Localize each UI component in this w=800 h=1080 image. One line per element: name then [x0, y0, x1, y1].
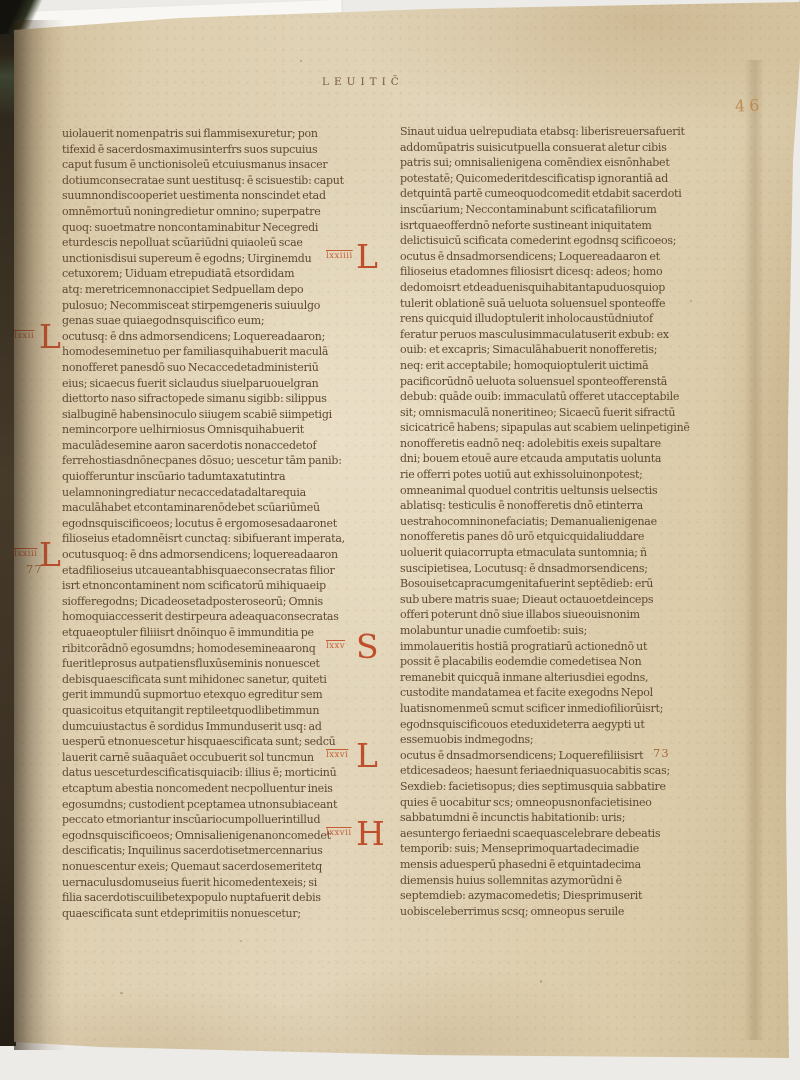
text-line: homoquiaccesserit destirpeura adeaquacon…	[62, 609, 394, 625]
text-line: egodnsquiscificoeos; locutus ē ergomoses…	[62, 516, 394, 532]
text-line: potestatē; Quicomederitdescificatisp ign…	[400, 171, 762, 187]
text-line: patris sui; omnisalienigena comēndiex ei…	[400, 155, 762, 171]
text-line: uesperū etnonuescetur hisquaescificata s…	[62, 734, 394, 750]
text-line: fueritleprosus autpatiensfluxūseminis no…	[62, 656, 394, 672]
text-line: filia sacerdotiscuilibetexpopulo nuptafu…	[62, 890, 394, 906]
text-line: offeri poterunt dnō siue illabos siueoui…	[400, 607, 762, 623]
illuminated-initial: L	[356, 242, 386, 272]
text-line: molabuntur unadie cumfoetib: suis;	[400, 623, 762, 639]
later-annotation: 73	[653, 746, 670, 760]
text-line: suumnondiscooperiet uestimenta nonscinde…	[62, 188, 394, 204]
text-line: caput fusum ē unctionisoleū etcuiusmanus…	[62, 157, 394, 173]
text-line: ferrehostiasdnōnecpanes dōsuo; uescetur …	[62, 453, 394, 469]
text-line: tulerit oblationē suā ueluota soluensuel…	[400, 296, 762, 312]
text-line: sabbatumdni ē incunctis habitationib: ur…	[400, 810, 762, 826]
text-line: eius; sicaecus fuerit siclaudus siuelpar…	[62, 376, 394, 392]
text-line: descificatis; Inquilinus sacerdotisetmer…	[62, 843, 394, 859]
chapter-numeral: lxxvii	[326, 828, 352, 838]
text-line: egodnsquiscificouos eteduxideterra aegyp…	[400, 717, 762, 733]
manuscript-photo: blaarteofosdierofusqmtarisalaciluiuit LE…	[0, 0, 800, 1080]
text-line: ocutus ē dnsadmorsendicens; Loquerefilii…	[400, 748, 762, 764]
text-line: detquintā partē cumeoquodcomedit etdabit…	[400, 186, 762, 202]
text-line: ocutusq: ē dns admorsendicens; Loqueread…	[62, 329, 394, 345]
text-line: uernaculusdomuseius fuerit hicomedentexe…	[62, 875, 394, 891]
text-line: addomūpatris suisicutpuella consuerat al…	[400, 140, 762, 156]
text-line: Sexdieb: facietisopus; dies septimusquia…	[400, 779, 762, 795]
text-line: temporib: suis; Menseprimoquartadecimadi…	[400, 841, 762, 857]
text-line: nonuescentur exeis; Quemaut sacerdosemer…	[62, 859, 394, 875]
text-line: quiofferuntur inscūario tadumtaxatutintr…	[62, 469, 394, 485]
text-line: filioseius etadomnēisrt cunctaq: sibifue…	[62, 531, 394, 547]
right-text-column: Sinaut uidua uelrepudiata etabsq: liberi…	[400, 124, 762, 919]
text-line: uoluerit quiacorrupta etmaculata suntomn…	[400, 545, 762, 561]
text-line: dni; bouem etouē aure etcauda amputatis …	[400, 451, 762, 467]
text-line: suscipietisea, Locutusq: ē dnsadmorsendi…	[400, 561, 762, 577]
text-line: nonofferetis eadnō neq: adolebitis exeis…	[400, 436, 762, 452]
illuminated-initial: H	[356, 819, 386, 849]
text-line: sit; omnismaculā noneritineo; Sicaecū fu…	[400, 405, 762, 421]
text-line: omneanimal quoduel contritis ueltunsis u…	[400, 483, 762, 499]
text-line: diemensis huius sollemnitas azymorūdni ē	[400, 873, 762, 889]
text-line: etadfilioseius utcaueantabhisquaeconsecr…	[62, 563, 394, 579]
text-line: uestrahocomninonefaciatis; Demanualienig…	[400, 514, 762, 530]
text-line: feratur peruos masculusimmaculatuserit e…	[400, 327, 762, 343]
text-line: pulosuo; Necommisceat stirpemgeneris sui…	[62, 298, 394, 314]
text-line: quoq: suoetmatre noncontaminabitur Neceg…	[62, 220, 394, 236]
text-line: inscūarium; Neccontaminabunt scificatafi…	[400, 202, 762, 218]
text-line: essemuobis indmegodns;	[400, 732, 762, 748]
text-line: uiolauerit nomenpatris sui flammisexuret…	[62, 126, 394, 142]
chapter-numeral: lxxv	[326, 641, 345, 651]
text-line: septemdieb: azymacomedetis; Diesprimuser…	[400, 888, 762, 904]
text-line: maculādesemine aaron sacerdotis nonacced…	[62, 438, 394, 454]
text-line: mensis aduesperū phasedni ē etquintadeci…	[400, 857, 762, 873]
text-line: rie offerri potes uotiū aut exhissoluino…	[400, 467, 762, 483]
text-line: immolaueritis hostiā progratiarū actione…	[400, 639, 762, 655]
text-line: omnēmortuū noningredietur omnino; superp…	[62, 204, 394, 220]
text-line: pacificorūdnō ueluota soluensuel sponteo…	[400, 374, 762, 390]
text-line: sialbuginē habensinoculo siiugem scabiē …	[62, 407, 394, 423]
illuminated-initial: L	[356, 741, 386, 771]
text-line: etdicesadeos; haesunt feriaedniquasuocab…	[400, 763, 762, 779]
text-line: siofferegodns; Dicadeosetadposteroseorū;…	[62, 594, 394, 610]
text-line: Bosouisetcapracumgenitafuerint septēdieb…	[400, 576, 762, 592]
text-line: delictisuicū scificata comederint egodns…	[400, 233, 762, 249]
running-title: LEUITIC̄	[322, 76, 404, 88]
text-line: uelamnoningrediatur necaccedatadaltarequ…	[62, 485, 394, 501]
text-line: neq: erit acceptabile; homoquioptulerit …	[400, 358, 762, 374]
text-line: possit ē placabilis eodemdie comedetisea…	[400, 654, 762, 670]
text-line: rens quicquid illudoptulerit inholocaust…	[400, 311, 762, 327]
gutter-shadow	[14, 20, 66, 1050]
text-line: eturdescis nepolluat scūariūdni quiaoleū…	[62, 235, 394, 251]
text-line: nonofferet panesdō suo Necaccedetadminis…	[62, 360, 394, 376]
text-line: genas suae quiaegodnsquiscifico eum;	[62, 313, 394, 329]
text-line: atq: meretricemnonaccipiet Sedpuellam de…	[62, 282, 394, 298]
text-line: remanebit quicquā inmane alteriusdiei eg…	[400, 670, 762, 686]
text-line: dumcuiustactus ē sordidus Immunduserit u…	[62, 719, 394, 735]
text-line: aesuntergo feriaedni scaequascelebrare d…	[400, 826, 762, 842]
text-line: homodeseminetuo per familiasquihabuerit …	[62, 344, 394, 360]
text-line: quasicoitus etquitangit reptileetquodlib…	[62, 703, 394, 719]
text-line: filioseius etadomnes filiosisrt dicesq: …	[400, 264, 762, 280]
text-line: datus uesceturdescificatisquiacib: illiu…	[62, 765, 394, 781]
text-line: sicicatricē habens; sipapulas aut scabie…	[400, 420, 762, 436]
text-line: nemincorpore uelhirniosus Omnisquihabuer…	[62, 422, 394, 438]
text-line: dotiumconsecratae sunt uestitusq: ē scis…	[62, 173, 394, 189]
text-line: diettorto naso sifractopede simanu sigib…	[62, 391, 394, 407]
text-line: ocutus ē dnsadmorsendicens; Loquereadaar…	[400, 249, 762, 265]
left-text-column: uiolauerit nomenpatris sui flammisexuret…	[62, 126, 394, 921]
text-line: maculāhabet etcontaminarenōdebet scūariū…	[62, 500, 394, 516]
text-line: debub: quāde ouib: immaculatū offeret ut…	[400, 389, 762, 405]
text-line: peccato etmoriantur inscūariocumpollueri…	[62, 812, 394, 828]
chapter-numeral: lxxvi	[326, 750, 348, 760]
chapter-numeral: lxxiiii	[326, 251, 353, 261]
text-line: isrt etnoncontaminent nom scificatorū mi…	[62, 578, 394, 594]
text-line: isrtquaeofferdnō neforte sustineant iniq…	[400, 218, 762, 234]
text-line: ocutusquoq: ē dns admorsendicens; loquer…	[62, 547, 394, 563]
illuminated-initial: S	[356, 632, 386, 662]
text-line: egosumdns; custodient pceptamea utnonsub…	[62, 797, 394, 813]
text-line: ablatisq: testiculis ē nonofferetis dnō …	[400, 498, 762, 514]
folio-number: 46	[735, 95, 764, 115]
text-line: uobisceleberrimus scsq; omneopus seruile	[400, 904, 762, 920]
text-line: debisquaescificata sunt mihidonec sanetu…	[62, 672, 394, 688]
text-line: etquaeoptuler filiiisrt dnōinquo ē immun…	[62, 625, 394, 641]
text-line: nonofferetis panes dō urō etquicquidaliu…	[400, 529, 762, 545]
text-line: tifexid ē sacerdosmaximusinterfrs suos s…	[62, 142, 394, 158]
text-line: etcaptum abestia noncomedent necpolluent…	[62, 781, 394, 797]
text-line: sub ubere matris suae; Dieaut octauoetde…	[400, 592, 762, 608]
text-line: dedomoisrt etdeaduenisquihabitantapuduos…	[400, 280, 762, 296]
text-line: quies ē uocabitur scs; omneopusnonfaciet…	[400, 795, 762, 811]
parchment-page: LEUITIC̄ 46 uiolauerit nomenpatris sui f…	[0, 0, 800, 1080]
text-line: ouib: et excapris; Simaculāhabuerit nono…	[400, 342, 762, 358]
text-line: luatisnomenmeū scmut scificer inmediofil…	[400, 701, 762, 717]
text-line: gerit immundū supmortuo etexquo egreditu…	[62, 687, 394, 703]
text-line: cetuxorem; Uiduam etrepudiatā etsordidam	[62, 266, 394, 282]
text-line: quaescificata sunt etdeprimitiis nonuesc…	[62, 906, 394, 922]
text-line: Sinaut uidua uelrepudiata etabsq: liberi…	[400, 124, 762, 140]
text-line: custodite mandatamea et facite exegodns …	[400, 685, 762, 701]
